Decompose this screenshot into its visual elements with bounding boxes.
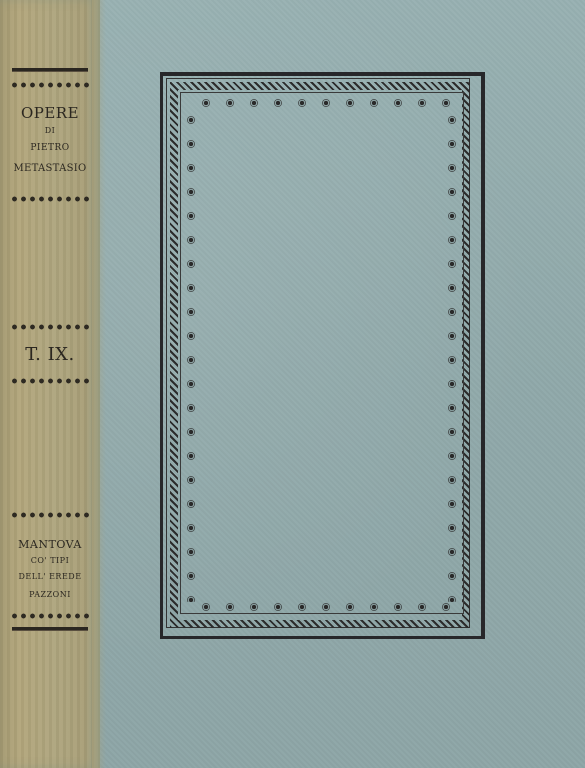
spine-ornament-imprint-top <box>10 510 90 520</box>
cover-rosette-row-bottom <box>194 602 456 612</box>
cover-rosette-row-top <box>194 98 456 108</box>
spine-author-last: METASTASIO <box>0 163 100 174</box>
spine-edge-shadow <box>92 0 106 768</box>
spine-imprint-publisher: PAZZONI <box>0 590 100 599</box>
spine-title-di: DI <box>0 126 100 135</box>
spine-ornament-volume-bottom <box>10 376 90 386</box>
cover-rosette-col-right <box>447 108 457 602</box>
spine-imprint-city: MANTOVA <box>0 538 100 551</box>
spine-imprint-line3: DELL' EREDE <box>0 572 100 581</box>
spine-bottom-rule <box>12 627 88 631</box>
spine-ornament-title-bottom <box>10 194 90 204</box>
spine-volume: T. IX. <box>0 344 100 365</box>
spine-author-first: PIETRO <box>0 143 100 153</box>
cover-frame-inner-rule <box>180 92 464 614</box>
cover-rosette-col-left <box>186 108 196 602</box>
spine-ornament-volume-top <box>10 322 90 332</box>
spine-ornament-top <box>10 80 90 90</box>
book-spine: OPERE DI PIETRO METASTASIO T. IX. MANTOV… <box>0 0 100 768</box>
spine-imprint-line2: CO' TIPI <box>0 556 100 565</box>
spine-title: OPERE <box>0 104 100 122</box>
spine-ornament-imprint-bottom <box>10 611 90 621</box>
spine-top-rule <box>12 68 88 72</box>
